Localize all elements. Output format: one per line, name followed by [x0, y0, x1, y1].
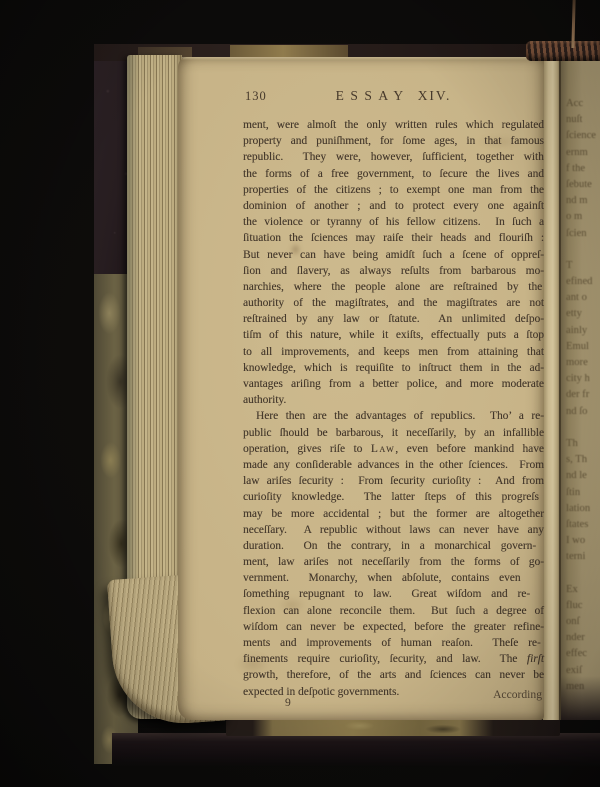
facing-page-text-line: Acc [566, 96, 600, 112]
facing-page-text-line: ſtin [566, 485, 600, 501]
facing-page-text-line: nder [566, 630, 600, 646]
text-line: vantages ariſing from a better police, a… [243, 376, 544, 392]
running-header: ESSAYXIV. [243, 88, 544, 104]
body-text: ment, were almoſt the only written rules… [243, 117, 544, 700]
text-line: ments and improvements of human reaſon. … [243, 635, 544, 651]
facing-page-text-line [566, 565, 600, 581]
signature-mark: 9 [285, 696, 291, 709]
book-page: 130 ESSAYXIV. ment, were almoſt the only… [178, 57, 544, 720]
facing-page-text-line: ſtates [566, 517, 600, 533]
text-line: authority. [243, 392, 544, 408]
facing-page-text-line: ſcien [566, 226, 600, 242]
facing-page-text-line: men [566, 679, 600, 695]
text-line: ſituation the ſciences may raiſe their h… [243, 230, 544, 246]
facing-page-text-line: ſebute [566, 177, 600, 193]
text-line: the violence or tyranny of his fellow ci… [243, 214, 544, 230]
text-line: tiſm of this nature, while it exiſts, ef… [243, 327, 544, 343]
facing-page-text-fragments: Accnuſtſcienceernmf theſebutend mo mſcie… [566, 96, 600, 695]
facing-page-text-line: fluc [566, 598, 600, 614]
facing-page-text-line: ainly [566, 323, 600, 339]
facing-page-text-line: Ex [566, 582, 600, 598]
running-header-numeral: XIV. [418, 88, 452, 103]
text-line: law ariſes ſecurity : From ſecurity curi… [243, 473, 544, 489]
text-line: republic. They were, however, ſufficient… [243, 149, 544, 165]
text-line: to all improvements, and keeps men from … [243, 344, 544, 360]
facing-page-text-line: city h [566, 371, 600, 387]
text-line: wiſdom can never be expected, before the… [243, 619, 544, 635]
page-fore-edge-curl [543, 57, 561, 720]
text-line: ſomething repugnant to law. Great wiſdom… [243, 586, 544, 602]
facing-page-text-line: I wo [566, 533, 600, 549]
text-line: properties of the citizens ; to exempt o… [243, 182, 544, 198]
facing-page-text-line: more [566, 355, 600, 371]
text-line: may be more accidental ; but the former … [243, 506, 544, 522]
text-line: narchies, where the people alone are reſ… [243, 279, 544, 295]
facing-page-text-line: exiſ [566, 663, 600, 679]
marble-bottom-strip [226, 719, 560, 736]
text-line: growth, therefore, of the arts and ſcien… [243, 667, 544, 683]
facing-page-text-line: der fr [566, 387, 600, 403]
facing-page-text-line: nd ſo [566, 404, 600, 420]
facing-page-text-line: ſcience [566, 128, 600, 144]
facing-page-text-line: ernm [566, 145, 600, 161]
text-line: duration. On the contrary, in a monarchi… [243, 538, 544, 554]
page-header: 130 ESSAYXIV. [243, 88, 544, 104]
text-line: ment, law ariſes not neceſſarily from th… [243, 554, 544, 570]
text-line: operation, gives riſe to Law, even befor… [243, 441, 544, 457]
text-line: finements require curioſity, ſecurity, a… [243, 651, 544, 667]
text-line: curioſity knowledge. The latter ſteps of… [243, 489, 544, 505]
text-line: dominion of another ; and to protect eve… [243, 198, 544, 214]
facing-page-text-line [566, 242, 600, 258]
catchword: According [493, 688, 542, 701]
facing-page-text-line: T [566, 258, 600, 274]
text-line: Here then are the advantages of republic… [243, 408, 544, 424]
facing-page-text-line: nuſt [566, 112, 600, 128]
text-line: knowledge, which is requiſite to inſtruc… [243, 360, 544, 376]
text-line: ment, were almoſt the only written rules… [243, 117, 544, 133]
facing-page-text-line: ant o [566, 290, 600, 306]
facing-page-text-line: onſ [566, 614, 600, 630]
facing-page-text-line: s, Th [566, 452, 600, 468]
facing-page-text-line: Th [566, 436, 600, 452]
text-line: ſion and ſlavery, as always reſults from… [243, 263, 544, 279]
text-line: reſtrained by any law or ſtatute. An unl… [243, 311, 544, 327]
facing-page-text-line: terni [566, 549, 600, 565]
text-line: neceſſary. A republic without laws can n… [243, 522, 544, 538]
page-footer: 9 According [243, 688, 544, 710]
text-line: property and puniſhment, for ſome ages, … [243, 133, 544, 149]
text-line: authority of the magiſtrates, and the ma… [243, 295, 544, 311]
facing-page-text-line: o m [566, 209, 600, 225]
facing-page-text-line: nd m [566, 193, 600, 209]
facing-page-text-line: lation [566, 501, 600, 517]
paragraph: ment, were almoſt the only written rules… [243, 117, 544, 408]
facing-page-text-line [566, 420, 600, 436]
text-line: the forms of a free government, to ſecur… [243, 166, 544, 182]
text-line: made any conſiderable advances in the ot… [243, 457, 544, 473]
facing-page-text-line: f the [566, 161, 600, 177]
text-line: vernment. Monarchy, when abſolute, conta… [243, 570, 544, 586]
facing-page-text-line: etty [566, 306, 600, 322]
running-header-word: ESSAY [336, 88, 410, 103]
facing-page-text-line: nd le [566, 468, 600, 484]
facing-page: Accnuſtſcienceernmf theſebutend mo mſcie… [560, 56, 600, 720]
facing-page-text-line: efined [566, 274, 600, 290]
text-line: But never can have being amidſt ſuch a ſ… [243, 247, 544, 263]
paragraph: Here then are the advantages of republic… [243, 408, 544, 699]
text-line: flexion can alone reconcile them. But ſu… [243, 603, 544, 619]
facing-page-text-line: Emul [566, 339, 600, 355]
headband [526, 41, 600, 61]
cover-bottom-edge [112, 733, 600, 767]
text-line: public ſhould be barbarous, it neceſſari… [243, 425, 544, 441]
facing-page-text-line: effec [566, 646, 600, 662]
